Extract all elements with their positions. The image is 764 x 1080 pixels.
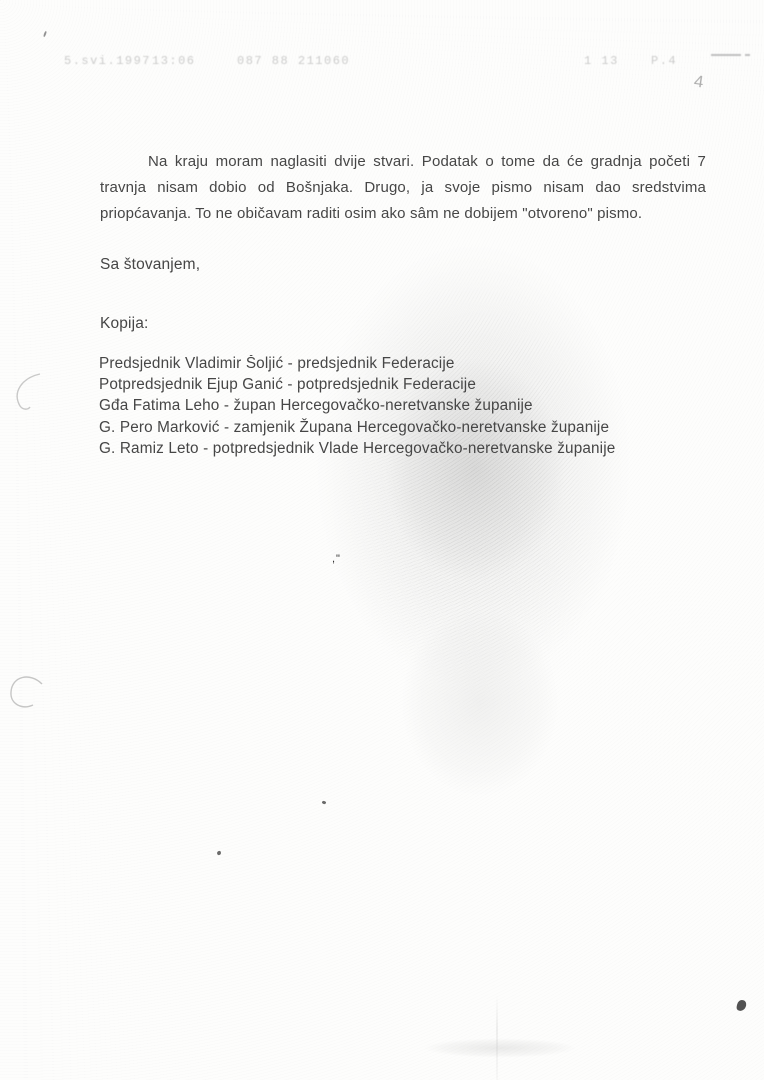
paragraph-line: travnja nisam dobio od Bošnjaka. Drugo, … — [100, 175, 706, 201]
fax-header-date: 5.svi.1997 — [64, 54, 151, 68]
recipient-line: G. Ramiz Leto - potpredsjednik Vlade Her… — [99, 438, 615, 459]
paragraph-line: priopćavanja. To ne običavam raditi osim… — [100, 201, 706, 227]
toner-smudge-speckle — [290, 210, 680, 830]
pen-squiggle-mark — [8, 368, 50, 416]
recipient-line: Gđa Fatima Leho - župan Hercegovačko-ner… — [99, 395, 615, 416]
toner-smudge-blotch — [290, 200, 680, 830]
handwritten-page-number: 4 — [693, 71, 705, 92]
fax-header-time: 13:06 — [152, 54, 196, 68]
fax-header-dash-mark-small — [745, 54, 750, 56]
body-paragraph: Na kraju moram naglasiti dvije stvari. P… — [100, 149, 706, 227]
recipient-line: Predsjednik Vladimir Šoljić - predsjedni… — [99, 353, 615, 374]
pen-circle-mark — [4, 668, 52, 720]
fax-header-number: 087 88 211060 — [237, 54, 350, 68]
copy-list-label: Kopija: — [100, 315, 148, 333]
bottom-smudge — [405, 1036, 595, 1060]
ink-speck — [43, 31, 47, 37]
ink-speck — [217, 851, 222, 856]
recipient-list: Predsjednik Vladimir Šoljić - predsjedni… — [99, 353, 615, 459]
fax-header-faint-digits: 1 13 — [584, 54, 619, 68]
paper-crease — [496, 995, 498, 1080]
scanned-letter-page: 5.svi.1997 13:06 087 88 211060 1 13 P.4 … — [0, 0, 764, 1080]
recipient-line: Potpredsjednik Ejup Ganić - potpredsjedn… — [99, 374, 615, 395]
closing-salutation: Sa štovanjem, — [100, 256, 200, 274]
ink-blob — [736, 999, 747, 1012]
toner-smudge-tail — [375, 590, 585, 840]
stray-quote-mark: ," — [332, 553, 341, 565]
fax-header-dash-mark — [711, 54, 741, 56]
recipient-line: G. Pero Marković - zamjenik Župana Herce… — [99, 417, 615, 438]
fax-header-page-indicator: P.4 — [651, 54, 677, 68]
paragraph-line: Na kraju moram naglasiti dvije stvari. P… — [100, 149, 706, 175]
ink-speck — [322, 800, 327, 804]
